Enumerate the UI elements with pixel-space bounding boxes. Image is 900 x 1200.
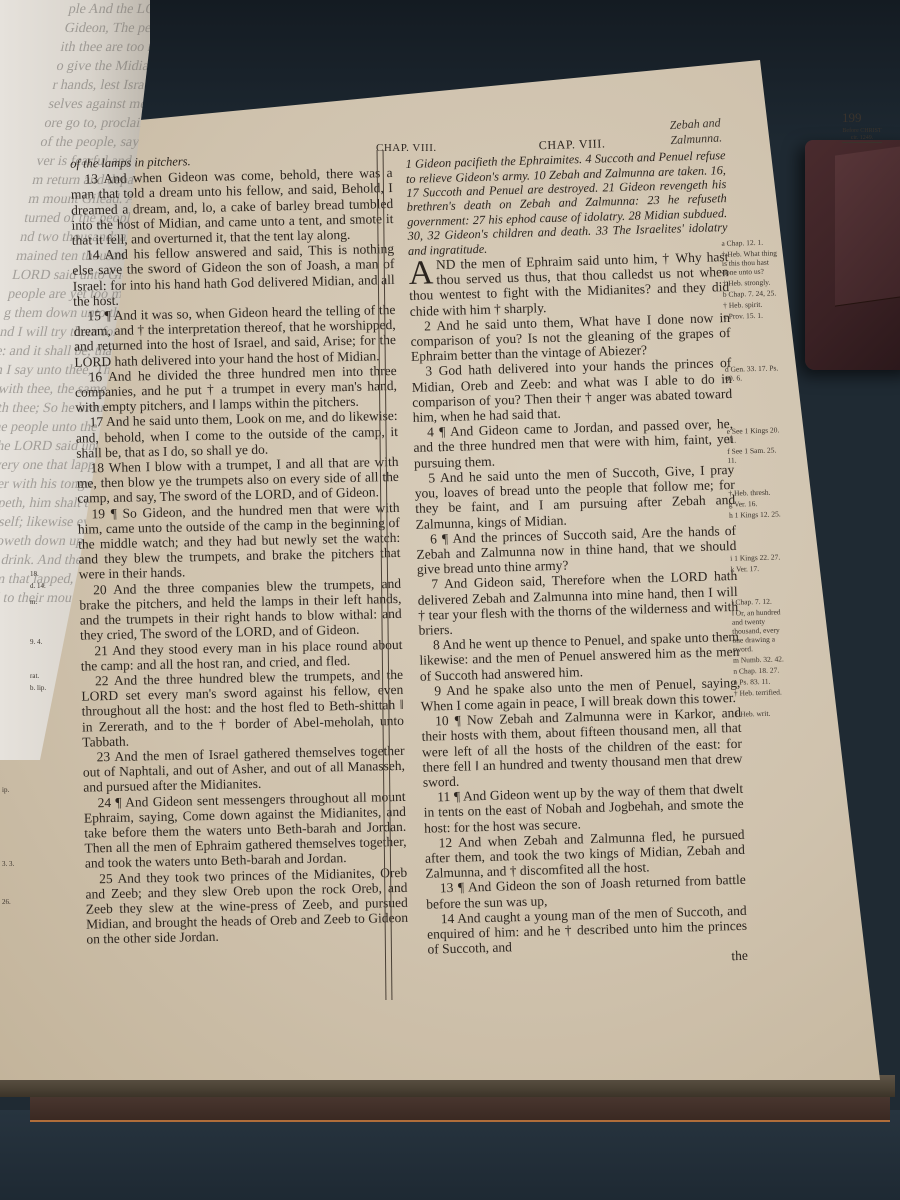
page-number: 199 bbox=[842, 110, 862, 126]
margin-note: † Heb. thresh. bbox=[728, 487, 788, 498]
margin-note: rat. bbox=[30, 672, 39, 681]
verse: 19 ¶ So Gideon, and the hundred men that… bbox=[77, 500, 401, 583]
margin-note: d. 14. bbox=[30, 582, 46, 591]
margin-note: m. bbox=[30, 598, 37, 607]
verse: 18 When I blow with a trumpet, I and all… bbox=[76, 454, 399, 506]
margin-note: e See 1 Kings 20. 11. bbox=[727, 425, 787, 445]
margin-note: n Chap. 18. 27. bbox=[733, 665, 793, 676]
verse: 13 And when Gideon was come, behold, the… bbox=[70, 165, 394, 248]
verse: ND the men of Ephraim said unto him, † W… bbox=[409, 249, 729, 319]
leather-book-cover bbox=[805, 140, 900, 370]
verse: 7 And Gideon said, Therefore when the LO… bbox=[417, 568, 739, 638]
margin-note: k Ver. 17. bbox=[730, 563, 790, 574]
verse: 17 And he said unto them, Look on me, an… bbox=[75, 408, 398, 460]
verse: 24 ¶ And Gideon sent messengers througho… bbox=[83, 788, 407, 871]
margin-note: m Numb. 32. 42. bbox=[733, 654, 793, 665]
margin-note: h 1 Kings 12. 25. bbox=[729, 509, 789, 520]
margin-note: ip. bbox=[2, 786, 9, 795]
verse: 23 And the men of Israel gathered themse… bbox=[82, 743, 405, 795]
background-surface bbox=[0, 1110, 900, 1200]
verse: 10 ¶ Now Zebah and Zalmunna were in Kark… bbox=[421, 705, 743, 790]
margin-note: † Heb. What thing is this thou hast done… bbox=[722, 248, 783, 277]
verse: 16 And he divided the three hundred men … bbox=[75, 363, 398, 415]
margin-note: g Ver. 16. bbox=[729, 498, 789, 509]
margin-note: † Heb. spirit. bbox=[723, 299, 783, 310]
margin-note: i 1 Kings 22. 27. bbox=[730, 552, 790, 563]
chapter-summary: 1 Gideon pacifieth the Ephraimites. 4 Su… bbox=[405, 148, 728, 258]
verse: 14 And his fellow answered and said, Thi… bbox=[72, 241, 395, 309]
margin-note: 3. 3. bbox=[2, 860, 14, 869]
margin-note: l Chap. 7. 12. bbox=[731, 596, 791, 607]
margin-note: b. lip. bbox=[30, 684, 46, 693]
verse: 5 And he said unto the men of Succoth, G… bbox=[414, 462, 736, 532]
verse: 22 And the three hundred blew the trumpe… bbox=[81, 667, 405, 750]
drop-cap: A bbox=[408, 259, 433, 288]
verse: 20 And the three companies blew the trum… bbox=[79, 576, 402, 644]
margin-note: b Chap. 7. 24, 25. bbox=[723, 288, 783, 299]
verse: 25 And they took two princes of the Midi… bbox=[85, 864, 409, 947]
margin-note: † Heb. terrified. bbox=[734, 687, 794, 698]
left-text-column: of the lamps in pitchers. 13 And when Gi… bbox=[70, 150, 408, 947]
margin-note: 26. bbox=[2, 898, 11, 907]
margin-note: d Gen. 33. 17. Ps. 60. 6. bbox=[725, 363, 785, 383]
margin-note: o Ps. 83. 11. bbox=[734, 676, 794, 687]
margin-note: 18. bbox=[30, 570, 39, 579]
verse: 3 God hath delivered into your hands the… bbox=[411, 355, 733, 425]
margin-note: f See 1 Sam. 25. 11. bbox=[727, 445, 787, 465]
era-note: Before CHRIST cir. 1249. bbox=[842, 128, 882, 143]
margin-note: a Chap. 12. 1. bbox=[721, 237, 781, 248]
margin-note: † Heb. strongly. bbox=[722, 277, 782, 288]
margin-note: c Prov. 15. 1. bbox=[723, 310, 783, 321]
margin-note: ‖ Or, an hundred and twenty thousand, ev… bbox=[732, 607, 793, 654]
verse: 15 ¶ And it was so, when Gideon heard th… bbox=[73, 302, 396, 370]
margin-note: † Heb. writ. bbox=[734, 708, 794, 719]
margin-note: 9. 4. bbox=[30, 638, 42, 647]
right-text-column: CHAP. VIII. 1 Gideon pacifieth the Ephra… bbox=[405, 133, 748, 972]
